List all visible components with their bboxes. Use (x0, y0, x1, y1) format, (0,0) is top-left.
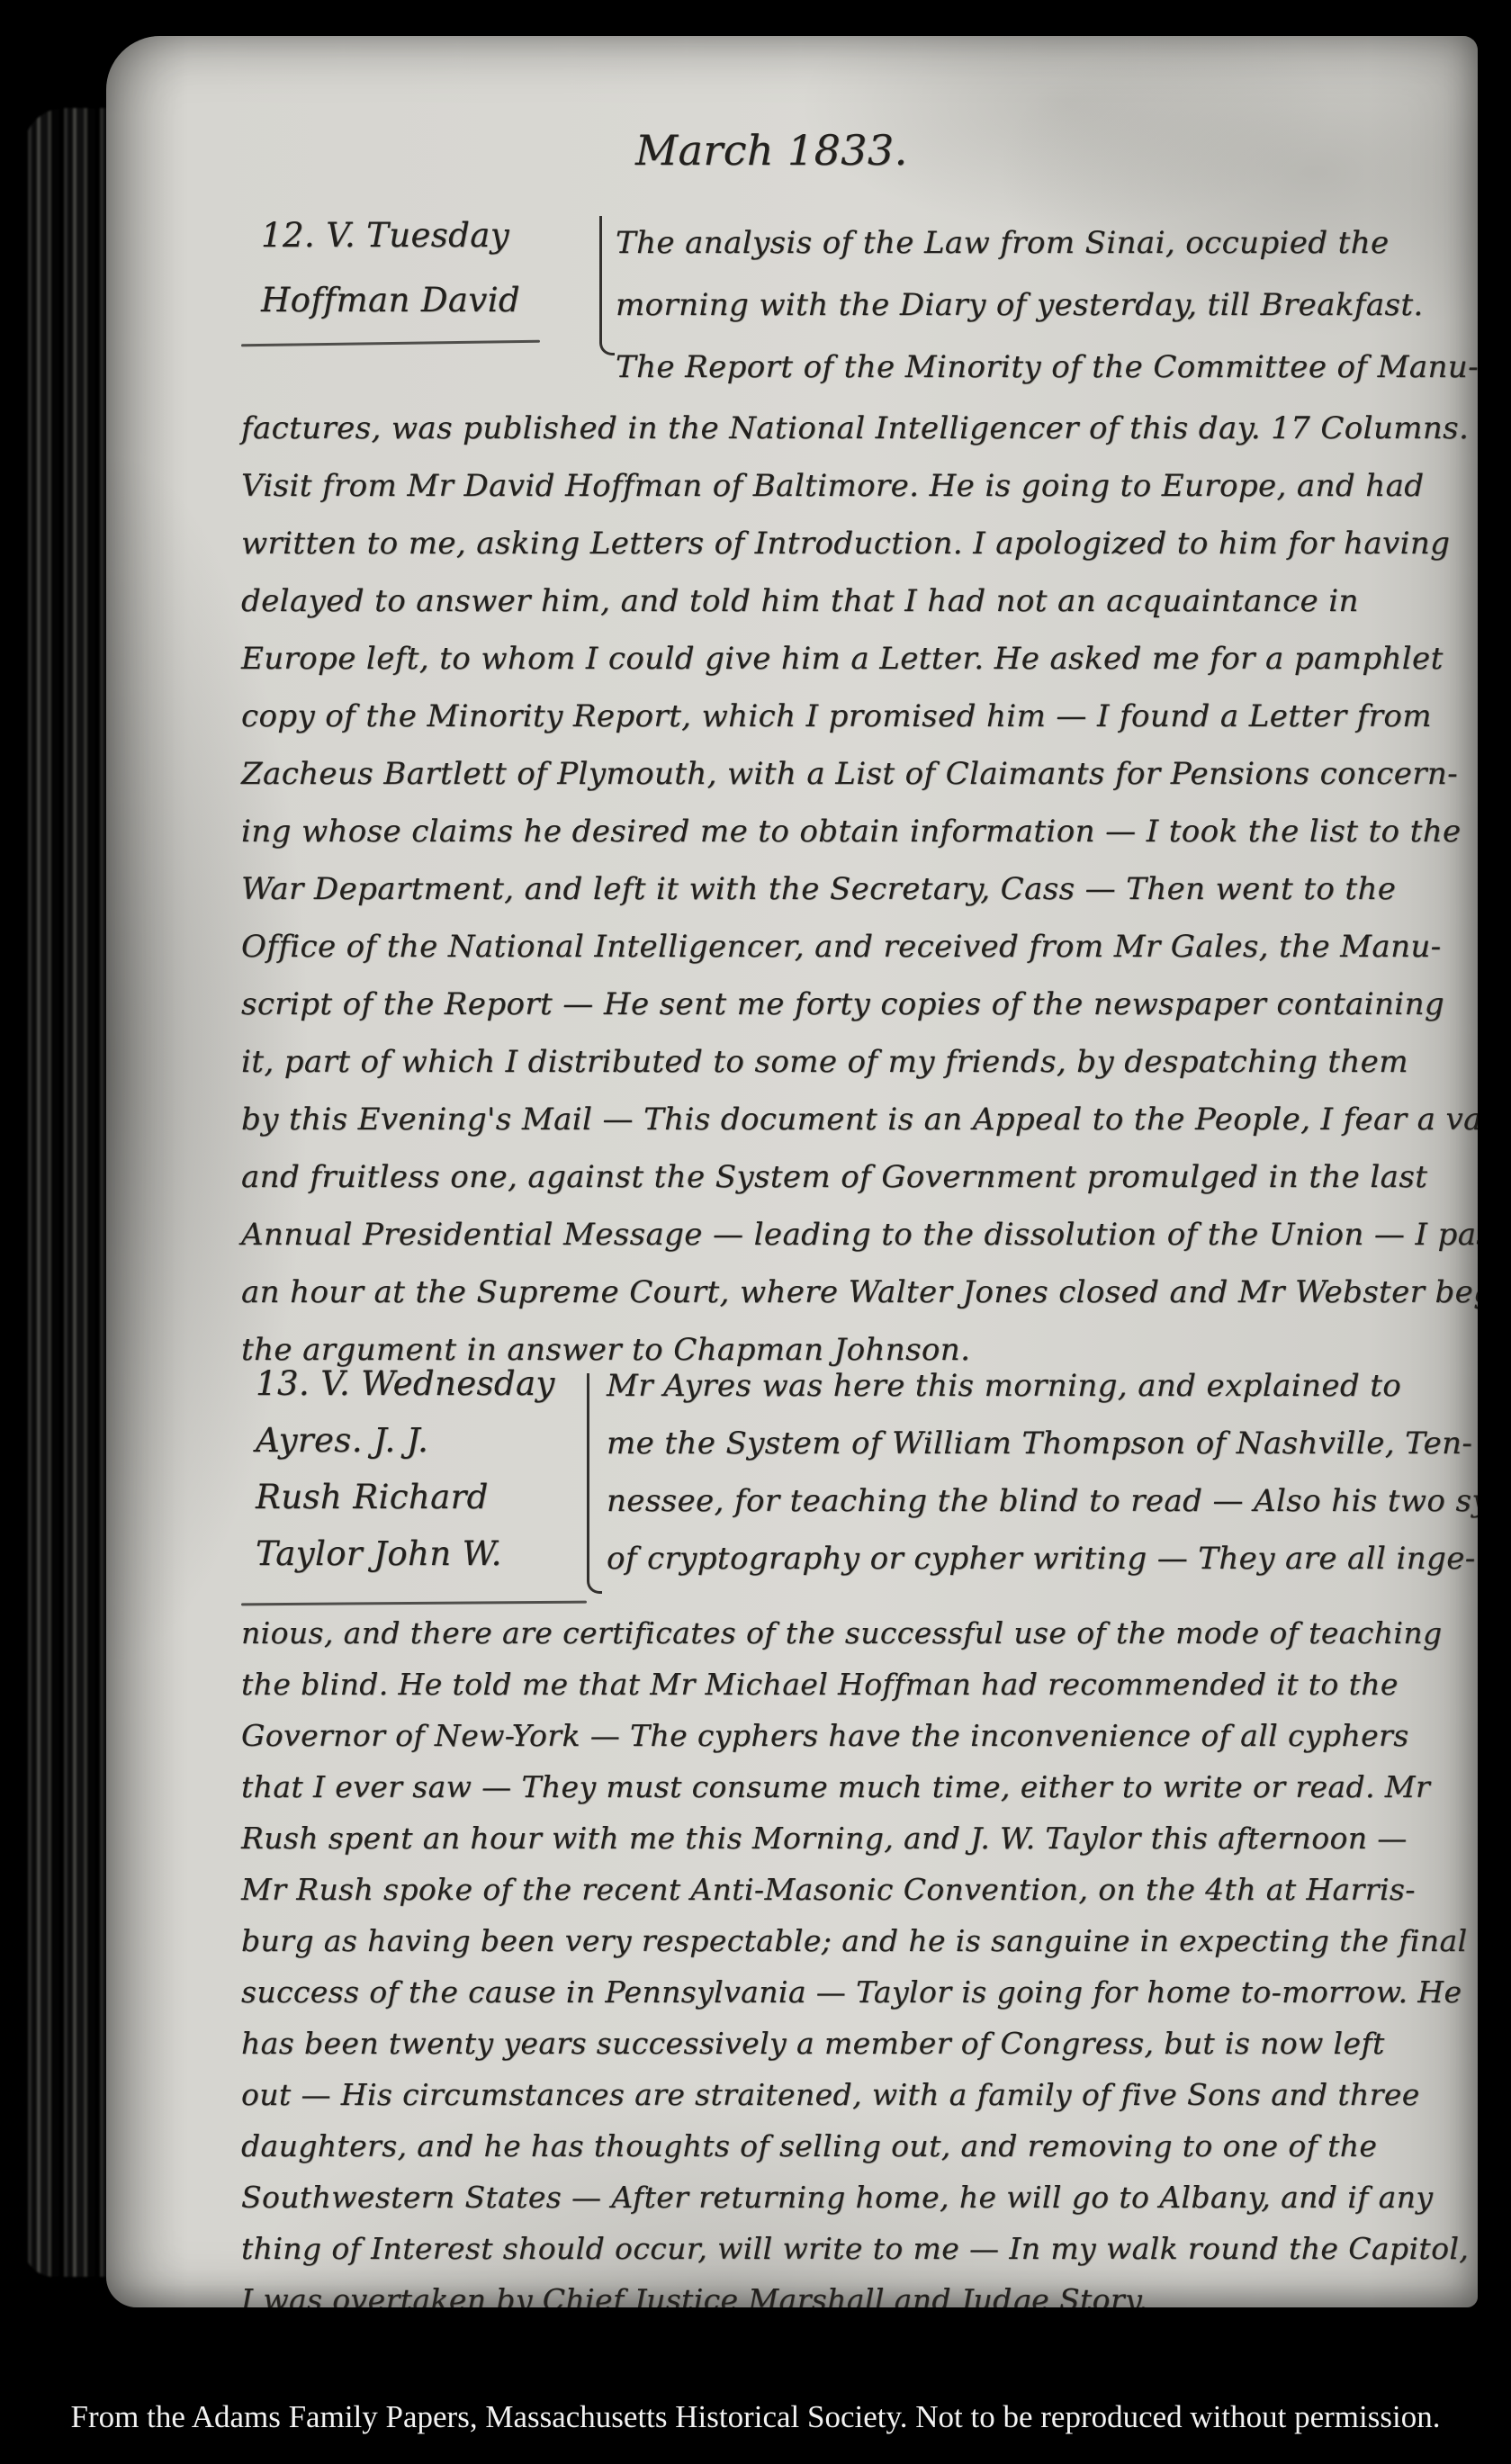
handwritten-line: War Department, and left it with the Sec… (241, 860, 1478, 918)
handwritten-line: Southwestern States — After returning ho… (241, 2172, 1469, 2223)
entry-1-margin-rule (241, 340, 540, 347)
handwritten-line: 13. V. Wednesday (256, 1355, 555, 1412)
archive-credit-line: From the Adams Family Papers, Massachuse… (0, 2399, 1511, 2435)
handwritten-line: success of the cause in Pennsylvania — T… (241, 1966, 1469, 2018)
handwritten-line: burg as having been very respectable; an… (241, 1915, 1469, 1966)
entry-2-margin-rule (241, 1601, 587, 1606)
handwritten-line: thing of Interest should occur, will wri… (241, 2223, 1469, 2274)
handwritten-line: of cryptography or cypher writing — They… (607, 1530, 1478, 1587)
entry-2-opening-text: Mr Ayres was here this morning, and expl… (607, 1357, 1478, 1587)
handwritten-line: nessee, for teaching the blind to read —… (607, 1472, 1478, 1530)
handwritten-line: script of the Report — He sent me forty … (241, 976, 1478, 1033)
entry-1-margin-heading: 12. V. TuesdayHoffman David (261, 203, 520, 333)
handwritten-line: factures, was published in the National … (241, 400, 1478, 457)
handwritten-line: ing whose claims he desired me to obtain… (241, 803, 1478, 860)
entry-1-body-text: factures, was published in the National … (241, 400, 1478, 1379)
handwritten-line: it, part of which I distributed to some … (241, 1033, 1478, 1091)
handwritten-line: copy of the Minority Report, which I pro… (241, 688, 1478, 745)
entry-2-body-text: nious, and there are certificates of the… (241, 1607, 1469, 2307)
handwritten-line: Hoffman David (261, 268, 520, 333)
handwritten-line: nious, and there are certificates of the… (241, 1607, 1469, 1659)
handwritten-line: daughters, and he has thoughts of sellin… (241, 2120, 1469, 2172)
handwritten-line: and fruitless one, against the System of… (241, 1148, 1478, 1206)
handwritten-line: Mr Ayres was here this morning, and expl… (607, 1357, 1478, 1415)
handwritten-line: Ayres. J. J. (256, 1412, 555, 1469)
handwritten-line: that I ever saw — They must consume much… (241, 1761, 1469, 1812)
entry-2-margin-heading: 13. V. WednesdayAyres. J. J.Rush Richard… (256, 1355, 555, 1582)
handwritten-line: The analysis of the Law from Sinai, occu… (616, 212, 1478, 274)
handwritten-line: 12. V. Tuesday (261, 203, 520, 268)
manuscript-page: March 1833. 12. V. TuesdayHoffman David … (106, 36, 1478, 2307)
handwritten-line: by this Evening's Mail — This document i… (241, 1091, 1478, 1148)
handwritten-line: me the System of William Thompson of Nas… (607, 1415, 1478, 1472)
handwritten-line: delayed to answer him, and told him that… (241, 572, 1478, 630)
entry-1-bracket (599, 216, 615, 355)
handwritten-line: Office of the National Intelligencer, an… (241, 918, 1478, 976)
scanned-diary-photograph: March 1833. 12. V. TuesdayHoffman David … (0, 0, 1511, 2464)
handwritten-line: Zacheus Bartlett of Plymouth, with a Lis… (241, 745, 1478, 803)
handwritten-line: The Report of the Minority of the Commit… (616, 337, 1478, 399)
entry-2-bracket (587, 1373, 602, 1594)
handwritten-line: out — His circumstances are straitened, … (241, 2069, 1469, 2120)
handwritten-line: Rush spent an hour with me this Morning,… (241, 1812, 1469, 1864)
handwritten-line: Annual Presidential Message — leading to… (241, 1206, 1478, 1263)
entry-1-opening-text: The analysis of the Law from Sinai, occu… (616, 212, 1478, 399)
handwritten-line: Europe left, to whom I could give him a … (241, 630, 1478, 688)
book-spine-page-edges (23, 108, 113, 2277)
handwritten-line: I was overtaken by Chief Justice Marshal… (241, 2274, 1469, 2307)
handwritten-line: Taylor John W. (256, 1525, 555, 1582)
handwritten-line: Rush Richard (256, 1469, 555, 1525)
handwritten-line: an hour at the Supreme Court, where Walt… (241, 1263, 1478, 1321)
handwritten-line: the blind. He told me that Mr Michael Ho… (241, 1659, 1469, 1710)
page-title: March 1833. (635, 126, 908, 175)
handwritten-line: morning with the Diary of yesterday, til… (616, 274, 1478, 337)
handwritten-line: Mr Rush spoke of the recent Anti-Masonic… (241, 1864, 1469, 1915)
handwritten-line: written to me, asking Letters of Introdu… (241, 515, 1478, 572)
handwritten-line: Visit from Mr David Hoffman of Baltimore… (241, 457, 1478, 515)
handwritten-line: has been twenty years successively a mem… (241, 2018, 1469, 2069)
handwritten-line: Governor of New-York — The cyphers have … (241, 1710, 1469, 1761)
